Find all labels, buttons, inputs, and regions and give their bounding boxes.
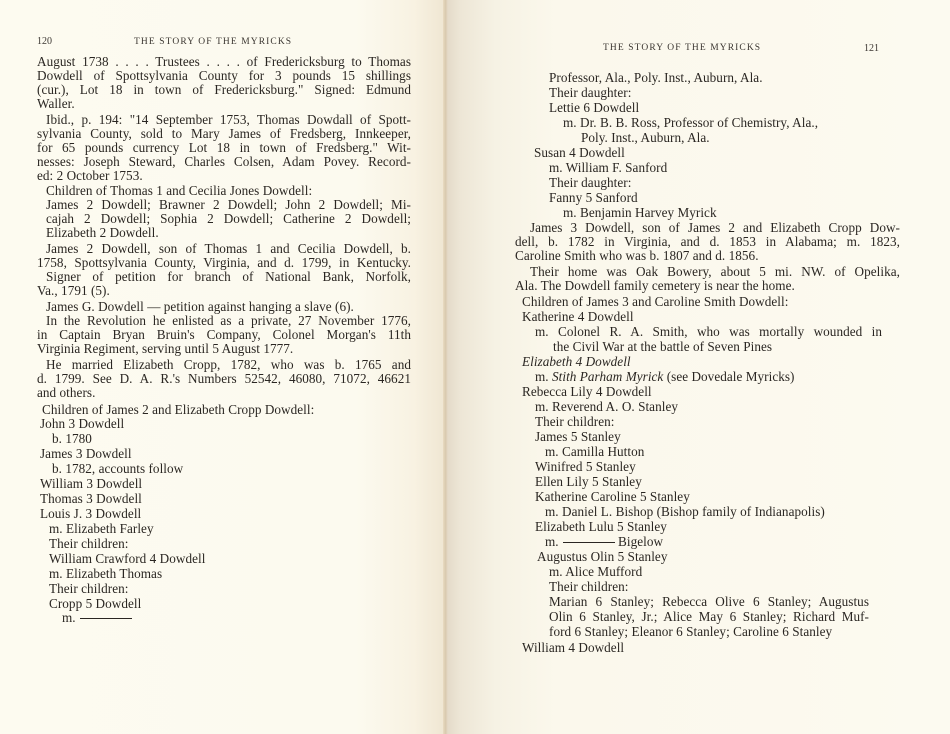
- italic-name: Stith Parham Myrick: [552, 369, 663, 384]
- text-line: Marian 6 Stanley; Rebecca Olive 6 Stanle…: [549, 595, 869, 609]
- text-line: dell, b. 1782 in Virginia, and d. 1853 i…: [515, 235, 900, 249]
- text-line: Cropp 5 Dowdell: [49, 597, 141, 611]
- right-running-header: THE STORY OF THE MYRICKS: [603, 43, 761, 53]
- text-line: Ibid., p. 194: "14 September 1753, Thoma…: [46, 113, 411, 127]
- left-running-header: THE STORY OF THE MYRICKS: [134, 37, 292, 47]
- text-line: Caroline Smith who was b. 1807 and d. 18…: [515, 249, 759, 263]
- text-line: Rebecca Lily 4 Dowdell: [522, 385, 652, 399]
- text-line: William 4 Dowdell: [522, 641, 624, 655]
- text-line: for 65 pounds currency Lot 18 in town of…: [37, 141, 411, 155]
- text-line: Their daughter:: [549, 86, 631, 100]
- text-line: Elizabeth 4 Dowdell: [522, 355, 631, 369]
- text-line: Olin 6 Stanley, Jr.; Alice May 6 Stanley…: [549, 610, 869, 624]
- text-line: b. 1782, accounts follow: [52, 462, 183, 476]
- text-line: m. Benjamin Harvey Myrick: [563, 206, 717, 220]
- text-line: Children of Thomas 1 and Cecilia Jones D…: [46, 184, 312, 198]
- text-line: Ellen Lily 5 Stanley: [535, 475, 642, 489]
- text-line: Their children:: [49, 582, 128, 596]
- text-line: Virginia Regiment, serving until 5 Augus…: [37, 342, 293, 356]
- text-line: James 5 Stanley: [535, 430, 621, 444]
- book-spine: [443, 0, 448, 734]
- text-line: William 3 Dowdell: [40, 477, 142, 491]
- text-line: In the Revolution he enlisted as a priva…: [46, 314, 411, 328]
- text-line: in Captain Bryan Bruin's Company, Colone…: [37, 328, 411, 342]
- text-line: m. Reverend A. O. Stanley: [535, 400, 678, 414]
- text-line: m. Elizabeth Thomas: [49, 567, 162, 581]
- text-line: John 3 Dowdell: [40, 417, 124, 431]
- text-line: Susan 4 Dowdell: [534, 146, 625, 160]
- text-line: James G. Dowdell — petition against hang…: [46, 300, 354, 314]
- text-line: Professor, Ala., Poly. Inst., Auburn, Al…: [549, 71, 763, 85]
- text-line: m. Alice Mufford: [549, 565, 642, 579]
- text-line: Katherine Caroline 5 Stanley: [535, 490, 690, 504]
- blank-name-rule: [563, 542, 615, 543]
- text-line: Lettie 6 Dowdell: [549, 101, 639, 115]
- text-line: m. Colonel R. A. Smith, who was mortally…: [535, 325, 882, 339]
- text-line: James 2 Dowdell; Brawner 2 Dowdell; John…: [46, 198, 411, 212]
- text-line: Waller.: [37, 97, 75, 111]
- text-line: (cur.), Lot 18 in town of Fredericksburg…: [37, 83, 411, 97]
- text-line: m. Daniel L. Bishop (Bishop family of In…: [545, 505, 825, 519]
- text-line: Winifred 5 Stanley: [535, 460, 636, 474]
- text-line: Augustus Olin 5 Stanley: [537, 550, 667, 564]
- text-line: He married Elizabeth Cropp, 1782, who wa…: [46, 358, 411, 372]
- text-line: m. Bigelow: [545, 535, 663, 549]
- text-line: Ala. The Dowdell family cemetery is near…: [515, 279, 795, 293]
- book-spread: 120 THE STORY OF THE MYRICKS THE STORY O…: [0, 0, 950, 734]
- text-line: Elizabeth Lulu 5 Stanley: [535, 520, 667, 534]
- text-line: Their home was Oak Bowery, about 5 mi. N…: [530, 265, 900, 279]
- left-page-number: 120: [37, 36, 52, 47]
- text-line: m. Elizabeth Farley: [49, 522, 154, 536]
- text-line: Louis J. 3 Dowdell: [40, 507, 141, 521]
- text-line: Katherine 4 Dowdell: [522, 310, 634, 324]
- text-line: d. 1799. See D. A. R.'s Numbers 52542, 4…: [37, 372, 411, 386]
- text-line: Their children:: [49, 537, 128, 551]
- text-line: nesses: Joseph Steward, Charles Colsen, …: [37, 155, 411, 169]
- text-line: 1758, Spottsylvania County, Virginia, an…: [37, 256, 411, 270]
- text-line: Their children:: [549, 580, 628, 594]
- text-line: James 2 Dowdell, son of Thomas 1 and Cec…: [46, 242, 411, 256]
- text-line: James 3 Dowdell: [40, 447, 132, 461]
- text-line: m.: [62, 611, 132, 625]
- text-line: the Civil War at the battle of Seven Pin…: [553, 340, 772, 354]
- text-line: Va., 1791 (5).: [37, 284, 110, 298]
- text-line: cajah 2 Dowdell; Sophia 2 Dowdell; Cathe…: [46, 212, 411, 226]
- text-line: Children of James 2 and Elizabeth Cropp …: [42, 403, 314, 417]
- text-line: m. Stith Parham Myrick (see Dovedale Myr…: [535, 370, 795, 384]
- text-line: sylvania County, sold to Mary James of F…: [37, 127, 411, 141]
- text-line: Signer of petition for branch of Nationa…: [46, 270, 411, 284]
- right-page-number: 121: [864, 43, 879, 54]
- text-line: James 3 Dowdell, son of James 2 and Eliz…: [530, 221, 900, 235]
- text-line: ed: 2 October 1753.: [37, 169, 143, 183]
- text-line: and others.: [37, 386, 95, 400]
- text-line: m. Dr. B. B. Ross, Professor of Chemistr…: [563, 116, 818, 130]
- text-line: m. William F. Sanford: [549, 161, 667, 175]
- text-line: Dowdell of Spottsylvania County for 3 po…: [37, 69, 411, 83]
- text-line: Fanny 5 Sanford: [549, 191, 638, 205]
- text-line: Elizabeth 2 Dowdell.: [46, 226, 159, 240]
- text-line: Their daughter:: [549, 176, 631, 190]
- text-line: William Crawford 4 Dowdell: [49, 552, 205, 566]
- text-line: ford 6 Stanley; Eleanor 6 Stanley; Carol…: [549, 625, 832, 639]
- text-line: Their children:: [535, 415, 614, 429]
- blank-name-rule: [80, 618, 132, 619]
- text-line: Thomas 3 Dowdell: [40, 492, 142, 506]
- text-line: Children of James 3 and Caroline Smith D…: [522, 295, 788, 309]
- text-line: b. 1780: [52, 432, 92, 446]
- text-line: August 1738 . . . . Trustees . . . . of …: [37, 55, 411, 69]
- text-line: Poly. Inst., Auburn, Ala.: [581, 131, 710, 145]
- text-line: m. Camilla Hutton: [545, 445, 644, 459]
